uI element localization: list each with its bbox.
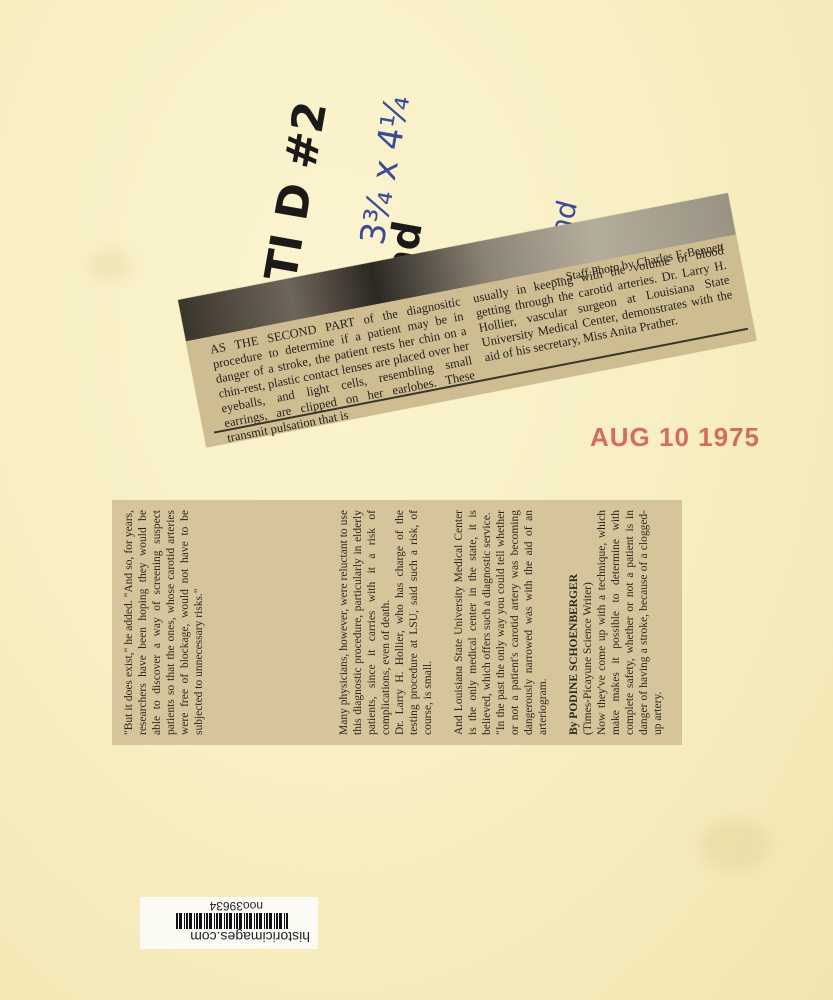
barcode — [176, 913, 288, 929]
paragraph: And Louisiana State University Medical C… — [452, 510, 494, 735]
byline-note: (Times-Picayune Science Writer) — [581, 510, 595, 735]
stain — [700, 820, 770, 870]
article-column: "But it does exist," he added. "And so, … — [122, 510, 322, 735]
stain — [90, 250, 130, 280]
paragraph: Many physicians, however, were reluctant… — [337, 510, 393, 735]
article-column: By PODINE SCHOENBERGER (Times-Picayune S… — [567, 510, 679, 735]
paragraph: Dr. Larry H. Hollier, who has charge of … — [393, 510, 435, 735]
label-site: historicimages.com — [190, 929, 310, 945]
article-column: And Louisiana State University Medical C… — [452, 510, 564, 735]
barcode-label: historicimages.com noo39634 — [140, 897, 318, 949]
paragraph: "But it does exist," he added. "And so, … — [122, 510, 206, 735]
label-code: noo39634 — [210, 899, 263, 913]
paragraph: Now they've come up with a technique, wh… — [595, 510, 665, 735]
article-clipping: By PODINE SCHOENBERGER (Times-Picayune S… — [112, 500, 682, 745]
paragraph: "In the past the only way you could tell… — [494, 510, 550, 735]
byline: By PODINE SCHOENBERGER — [567, 510, 581, 735]
article-column: Many physicians, however, were reluctant… — [337, 510, 449, 735]
date-stamp: AUG 10 1975 — [590, 422, 760, 453]
